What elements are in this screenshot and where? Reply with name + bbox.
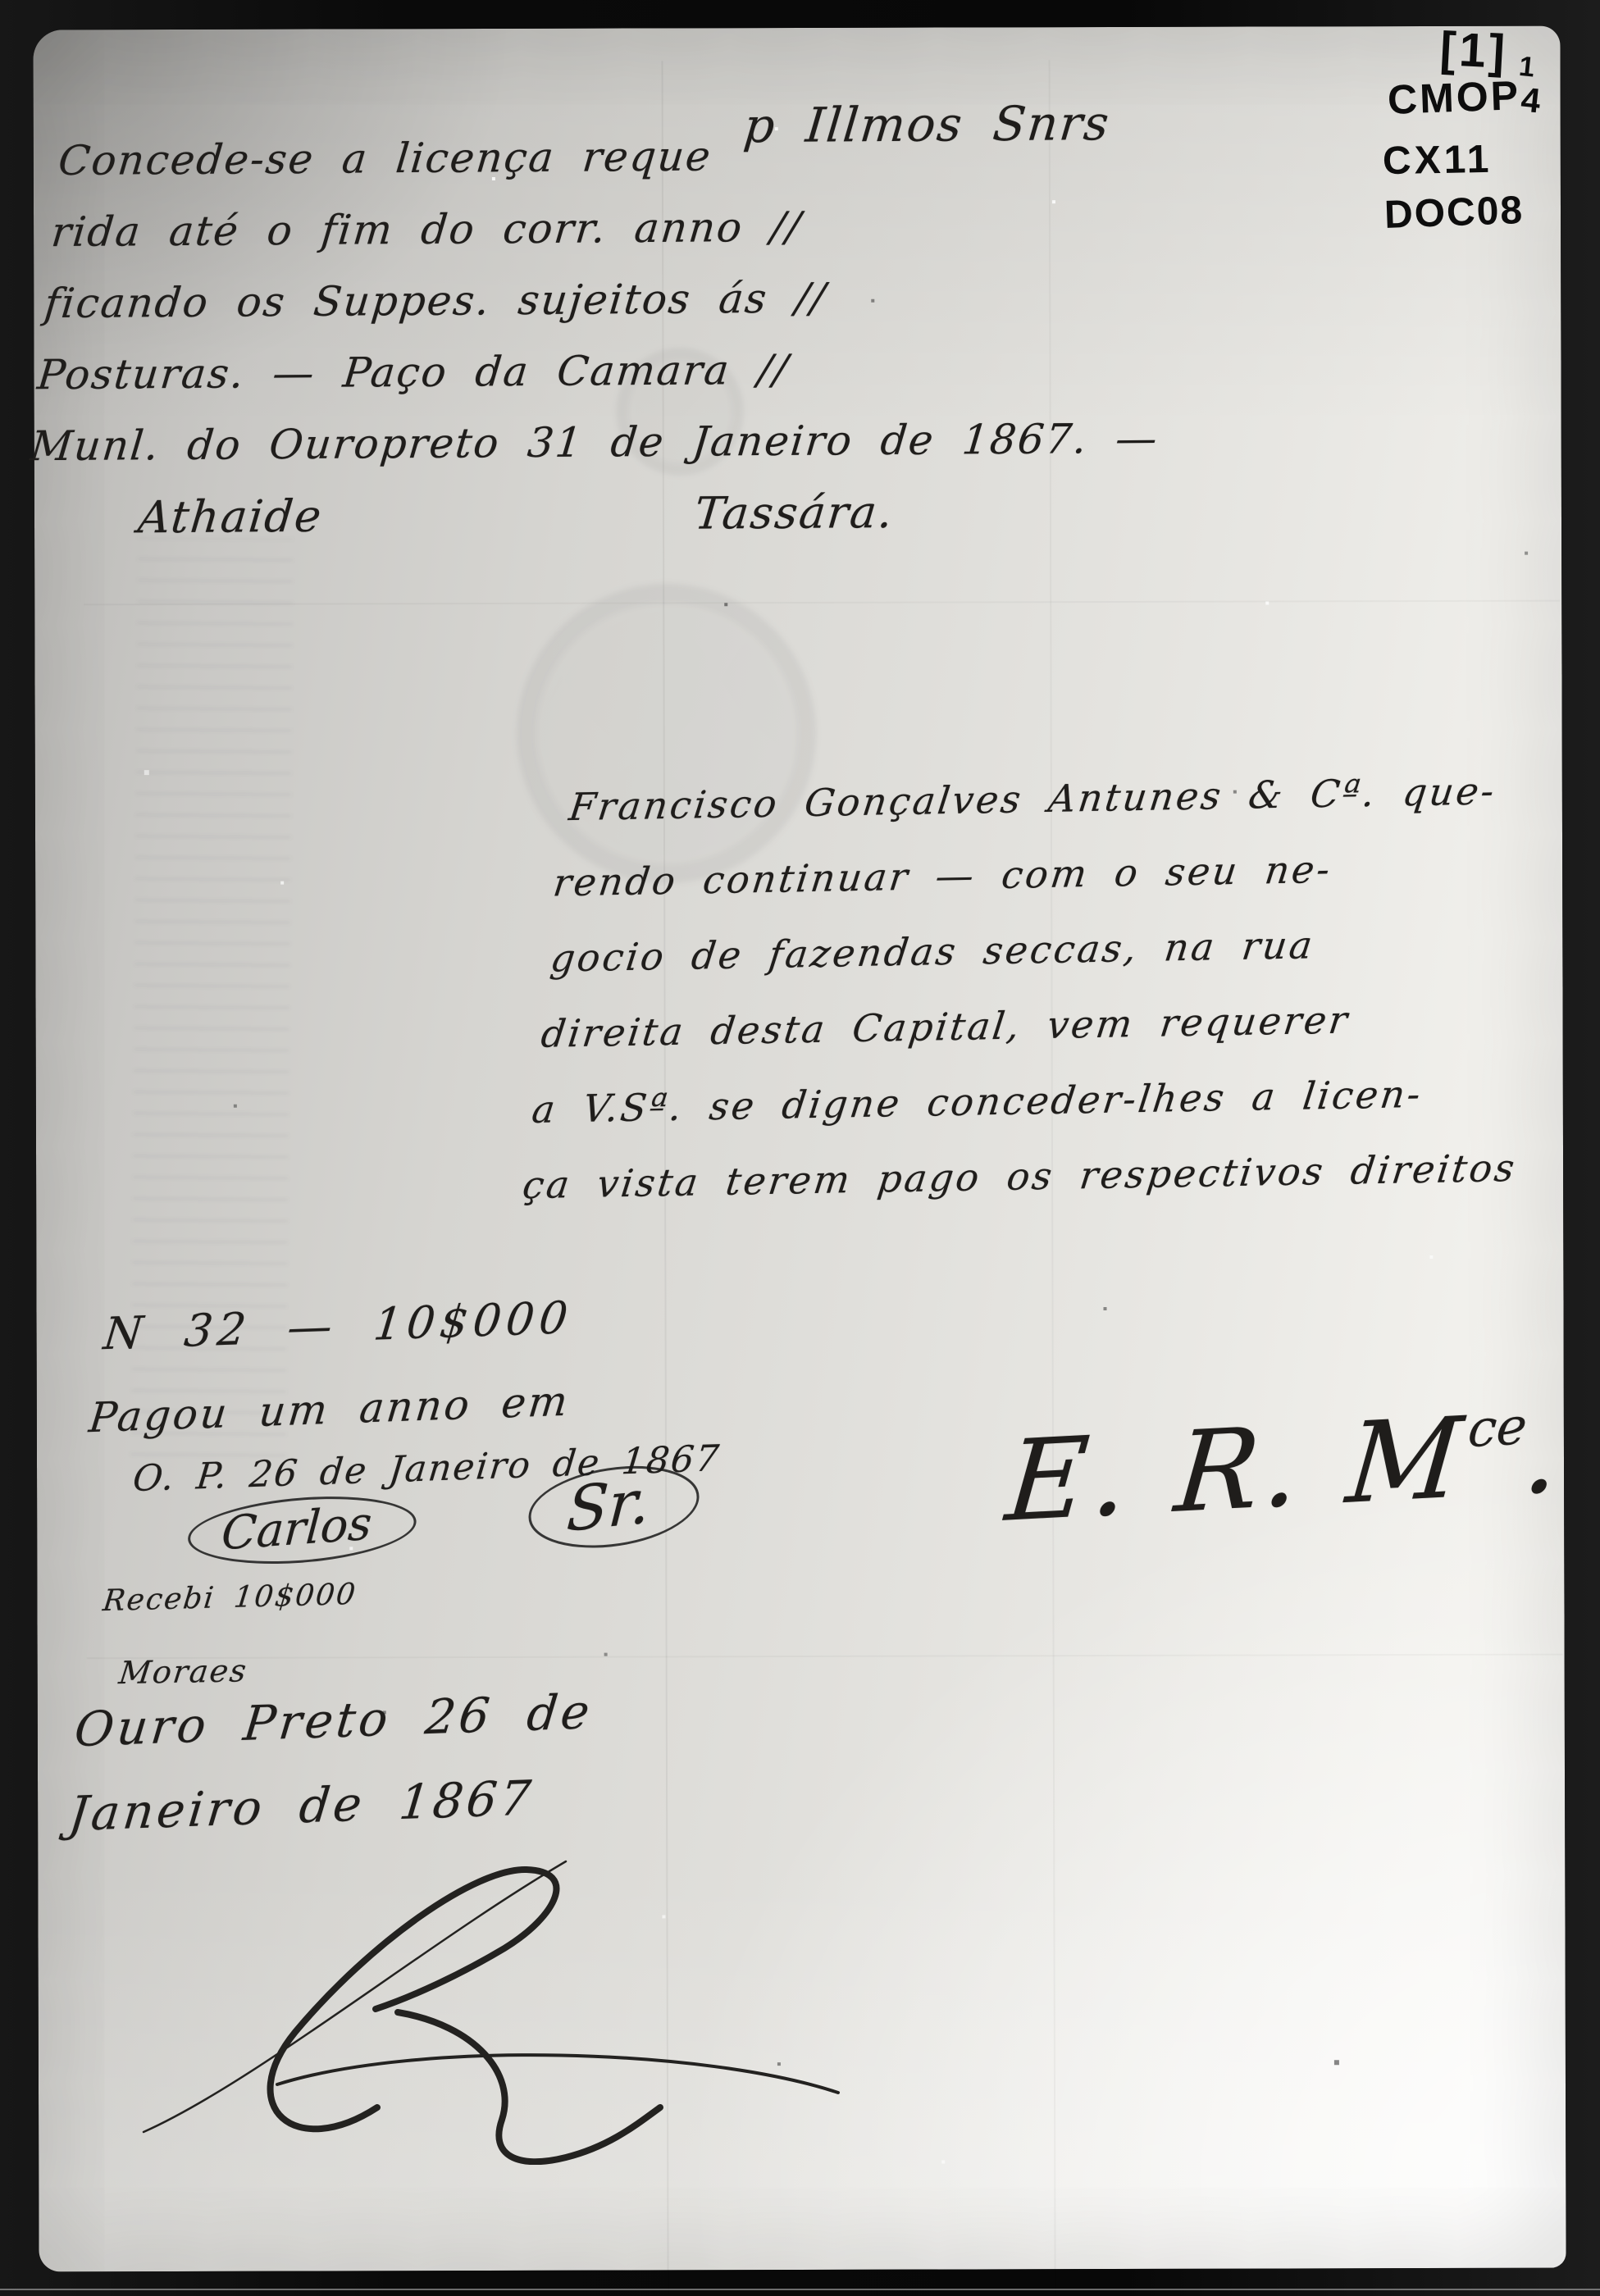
page-number-annotation: [1] [1438, 21, 1509, 80]
grant-line-5: Munl. do Ouropreto 31 de Janeiro de 1867… [28, 415, 1160, 471]
erm-superscript: ce [1466, 1396, 1529, 1459]
fraction-numerator: 1 [1517, 50, 1536, 84]
rubric-flourish-drawing [131, 1837, 853, 2165]
signature-moraes: Moraes [117, 1652, 250, 1691]
paper-fold-line [87, 1654, 1563, 1660]
document-code-annotation: DOC08 [1383, 188, 1525, 238]
rubric-letter: R [303, 1820, 377, 1934]
petition-text: Francisco Gonçalves Antunes & Cª. que- r… [518, 752, 1567, 1223]
signature-athaide: Athaide [134, 481, 326, 553]
ink-specks [33, 30, 34, 31]
paper-fold-line [84, 600, 1560, 606]
grant-signatures: Athaide Tassára. [20, 475, 1155, 556]
rubric-leg-stroke [398, 2012, 660, 2162]
erm-text: E. R. M [1001, 1393, 1471, 1547]
receipt-line: Recebi 10$000 [101, 1578, 358, 1618]
fraction-annotation: 1 4 [1516, 50, 1542, 117]
grant-line-4: Posturas. — Paço da Camara // [35, 346, 791, 399]
scanned-document: [1] CMOP 1 4 CX11 DOC08 Concede-se a lic… [0, 0, 1600, 2296]
grant-note: Concede-se a licença requep Illmos Snrs … [20, 115, 1190, 555]
grant-line-3: ficando os Suppes. sujeitos ás // [43, 274, 829, 327]
grant-addressee: p Illmos Snrs [741, 88, 1114, 162]
rubric-sweep-stroke [277, 2055, 838, 2093]
grant-line-2: rida até o fim do corr. anno // [49, 203, 805, 256]
collection-code-annotation: CMOP [1387, 71, 1521, 124]
grant-line-1: Concede-se a licença requep Illmos Snrs [57, 130, 1110, 184]
scan-edge-line [0, 2289, 1600, 2290]
box-code-annotation: CX11 [1383, 137, 1493, 184]
fraction-denominator: 4 [1520, 83, 1542, 117]
grant-line-1-text: Concede-se a licença reque [57, 132, 714, 184]
signature-tassara: Tassára. [691, 476, 897, 549]
rubric-signature: R [131, 1837, 853, 2165]
